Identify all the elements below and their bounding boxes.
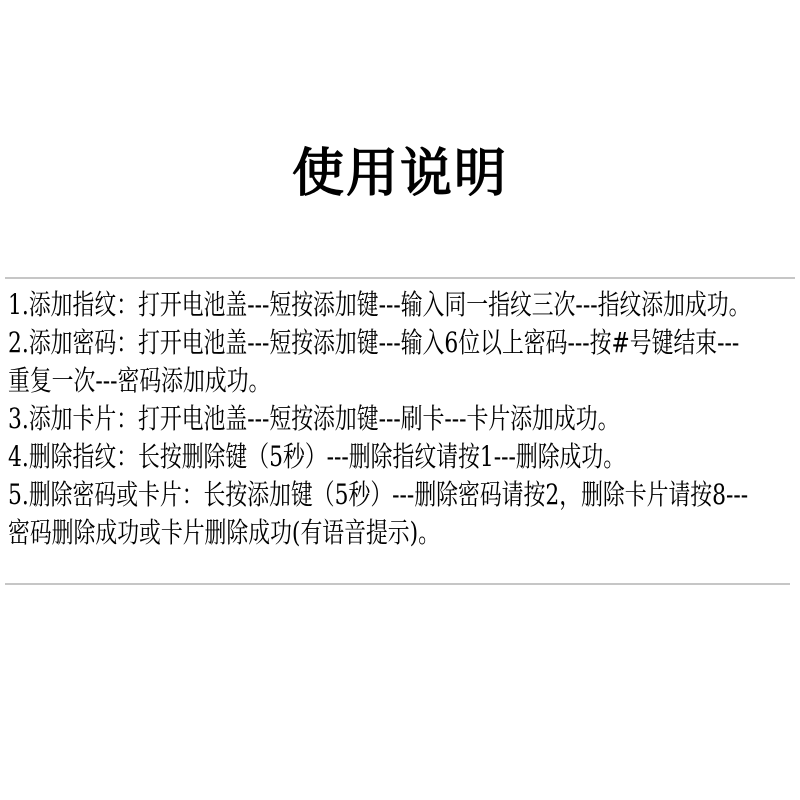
instruction-line: 1.添加指纹：打开电池盖---短按添加键---输入同一指纹三次---指纹添加成功… xyxy=(8,286,626,324)
page-title: 使用说明 xyxy=(0,146,800,202)
divider-top xyxy=(5,277,795,279)
instruction-item-2: 2.添加密码：打开电池盖---短按添加键---输入6位以上密码---按#号键结束… xyxy=(8,324,800,400)
instruction-item-4: 4.删除指纹：长按删除键（5秒）---删除指纹请按1---删除成功。 xyxy=(8,438,800,476)
divider-bottom xyxy=(5,583,790,585)
instruction-line: 5.删除密码或卡片：长按添加键（5秒）---删除密码请按2，删除卡片请按8--- xyxy=(8,476,626,514)
instruction-line: 3.添加卡片：打开电池盖---短按添加键---刷卡---卡片添加成功。 xyxy=(8,400,626,438)
instruction-item-1: 1.添加指纹：打开电池盖---短按添加键---输入同一指纹三次---指纹添加成功… xyxy=(8,286,800,324)
instruction-sheet: 使用说明 1.添加指纹：打开电池盖---短按添加键---输入同一指纹三次---指… xyxy=(0,0,800,800)
instruction-list: 1.添加指纹：打开电池盖---短按添加键---输入同一指纹三次---指纹添加成功… xyxy=(8,286,800,552)
instruction-item-3: 3.添加卡片：打开电池盖---短按添加键---刷卡---卡片添加成功。 xyxy=(8,400,800,438)
instruction-line: 密码删除成功或卡片删除成功(有语音提示)。 xyxy=(8,514,626,552)
instruction-line: 4.删除指纹：长按删除键（5秒）---删除指纹请按1---删除成功。 xyxy=(8,438,626,476)
instruction-line: 2.添加密码：打开电池盖---短按添加键---输入6位以上密码---按#号键结束… xyxy=(8,324,626,362)
instruction-item-5: 5.删除密码或卡片：长按添加键（5秒）---删除密码请按2，删除卡片请按8---… xyxy=(8,476,800,552)
instruction-line: 重复一次---密码添加成功。 xyxy=(8,362,626,400)
